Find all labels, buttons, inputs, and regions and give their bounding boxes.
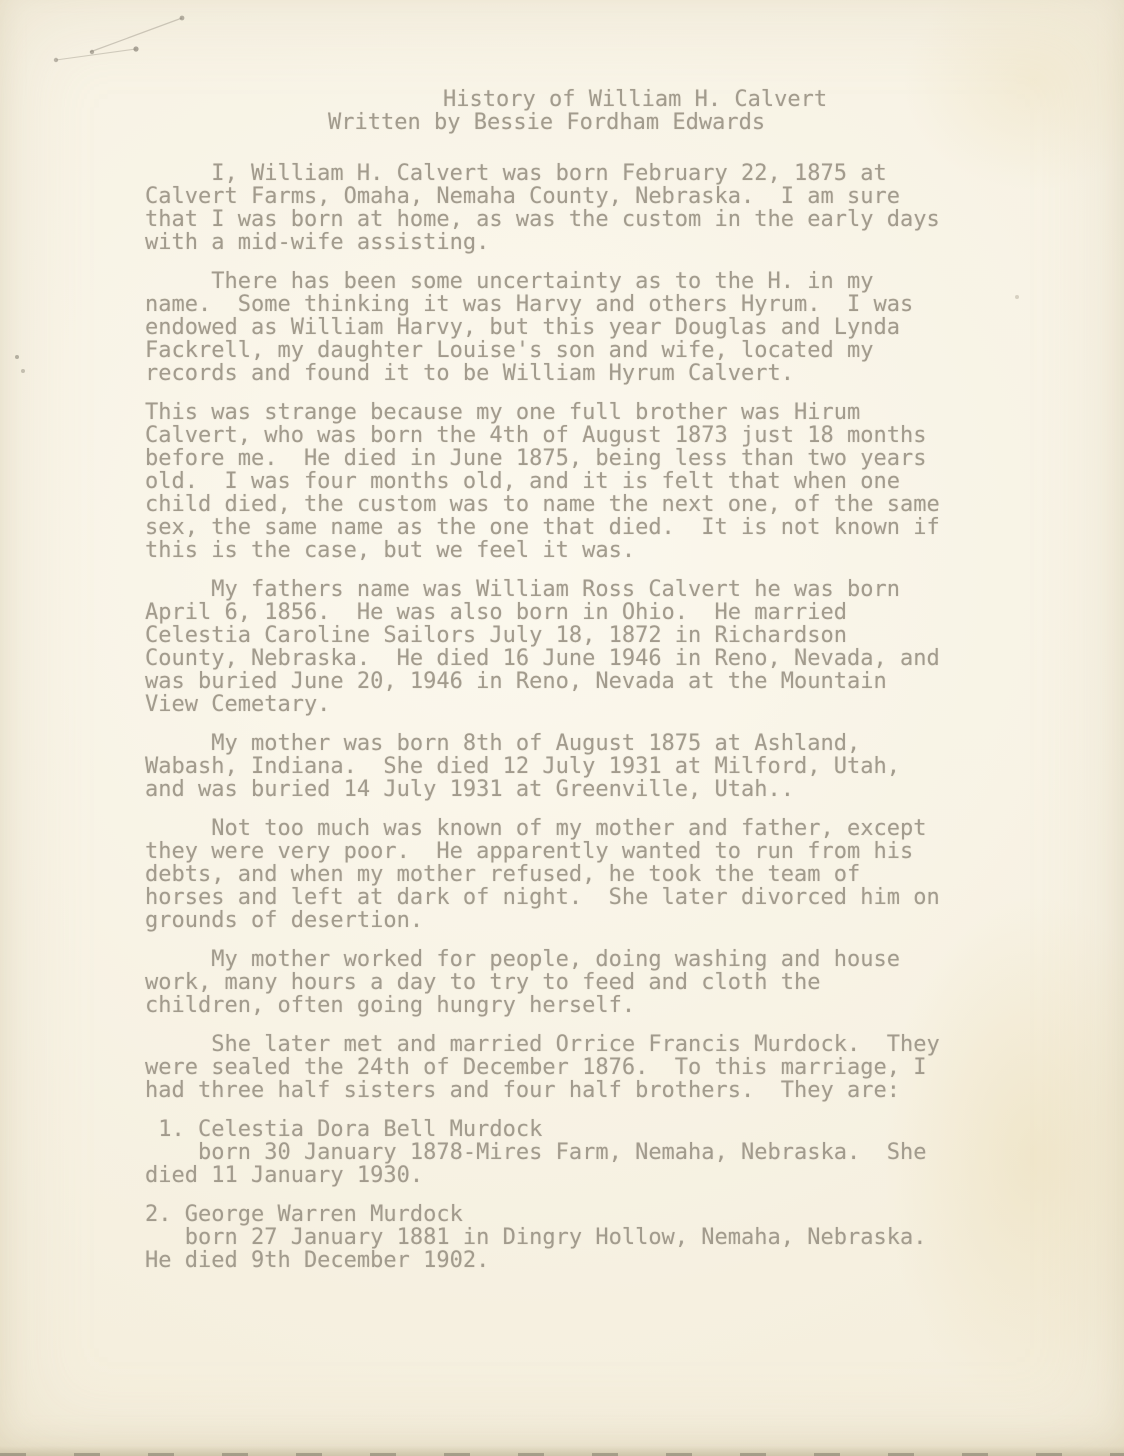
paper-specks <box>0 0 2 2</box>
paragraph-3: This was strange because my one full bro… <box>145 401 1075 562</box>
half-siblings-list: 1. Celestia Dora Bell Murdock born 30 Ja… <box>145 1118 1075 1272</box>
document-title: History of William H. Calvert <box>443 88 1075 111</box>
paragraph-8: She later met and married Orrice Francis… <box>145 1033 1075 1102</box>
paragraph-2: There has been some uncertainty as to th… <box>145 270 1075 385</box>
paragraph-7: My mother worked for people, doing washi… <box>145 948 1075 1017</box>
paragraph-6: Not too much was known of my mother and … <box>145 817 1075 932</box>
paragraph-4: My fathers name was William Ross Calvert… <box>145 578 1075 716</box>
typewritten-text: History of William H. Calvert Written by… <box>145 88 1075 1288</box>
list-item-2: 2. George Warren Murdock born 27 January… <box>145 1203 1075 1272</box>
document-byline: Written by Bessie Fordham Edwards <box>328 111 1075 134</box>
scan-page: History of William H. Calvert Written by… <box>0 0 1124 1456</box>
paragraph-1: I, William H. Calvert was born February … <box>145 162 1075 254</box>
scan-bottom-edge <box>0 1446 1124 1456</box>
paragraph-5: My mother was born 8th of August 1875 at… <box>145 732 1075 801</box>
staple-marks <box>32 8 212 78</box>
list-item-1: 1. Celestia Dora Bell Murdock born 30 Ja… <box>145 1118 1075 1187</box>
